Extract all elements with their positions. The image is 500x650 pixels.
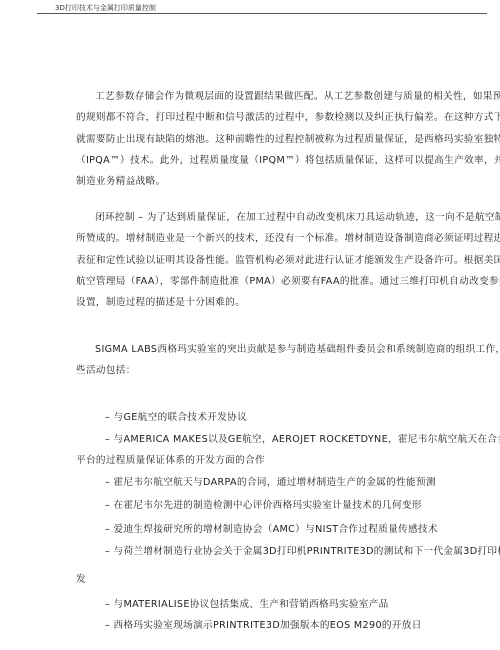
text-line: 闭环控制 – 为了达到质量保证，在加工过程中自动改变机床刀具运动轨迹，这一向不是… [95, 212, 500, 224]
running-header-title: 3D打印技术与金属打印质量控制 [55, 3, 156, 13]
text-line: 制造业务精益战略。 [76, 176, 166, 188]
list-item: – 在霍尼韦尔先进的制造检测中心评价西格玛实验室计量技术的几何变形 [105, 500, 422, 512]
list-item: – 与AMERICA MAKES以及GE航空，AEROJET ROCKETDYN… [105, 434, 500, 446]
list-item: – 与MATERIALISE协议包括集成、生产和营销西格玛实验室产品 [105, 599, 389, 611]
text-line: 的规则都不符合，打印过程中断和信号激活的过程中，参数检测以及纠正执行偏差。在这种… [76, 112, 500, 124]
list-item-continuation: 发 [76, 574, 86, 586]
list-item: – 西格玛实验室现场演示PRINTRITE3D加强版本的EOS M290的开放日 [105, 620, 422, 632]
text-line: 航空管理局（FAA），零部件制造批准（PMA）必须要有FAA的批准。通过三维打印… [76, 276, 500, 288]
text-line: 工艺参数存储会作为微观层面的设置跟结果做匹配。从工艺参数创建与质量的相关性，如果… [95, 91, 500, 103]
list-item: – 霍尼韦尔航空航天与DARPA的合同，通过增材制造生产的金属的性能预测 [105, 477, 436, 489]
list-item-continuation: 平台的过程质量保证体系的开发方面的合作 [76, 455, 265, 467]
text-line: （IPQA™）技术。此外，过程质量度量（IPQM™）将包括质量保证，这样可以提高… [76, 155, 500, 167]
header-divider [37, 13, 487, 14]
list-item: – 爱迪生焊接研究所的增材制造协会（AMC）与NIST合作过程质量传感技术 [105, 524, 438, 536]
text-line: 就需要防止出现有缺陷的熔池。这种前瞻性的过程控制被称为过程质量保证，是西格玛实验… [76, 134, 500, 146]
text-line: 表征和定性试验以证明其设备性能。监管机构必须对此进行认证才能颁发生产设备许可。根… [76, 255, 500, 267]
text-line: 所赞成的。增材制造业是一个新兴的技术，还没有一个标准。增材制造设备制造商必须证明… [76, 233, 500, 245]
list-item: – 与荷兰增材制造行业协会关于金属3D打印机PRINTRITE3D的测试和下一代… [105, 546, 500, 558]
text-line: 设置，制造过程的描述是十分困难的。 [76, 297, 245, 309]
list-item: – 与GE航空的联合技术开发协议 [105, 412, 247, 424]
text-line: 些活动包括： [76, 365, 136, 377]
text-line: SIGMA LABS西格玛实验室的突出贡献是参与制造基础组件委员会和系统制造商的… [95, 344, 500, 356]
